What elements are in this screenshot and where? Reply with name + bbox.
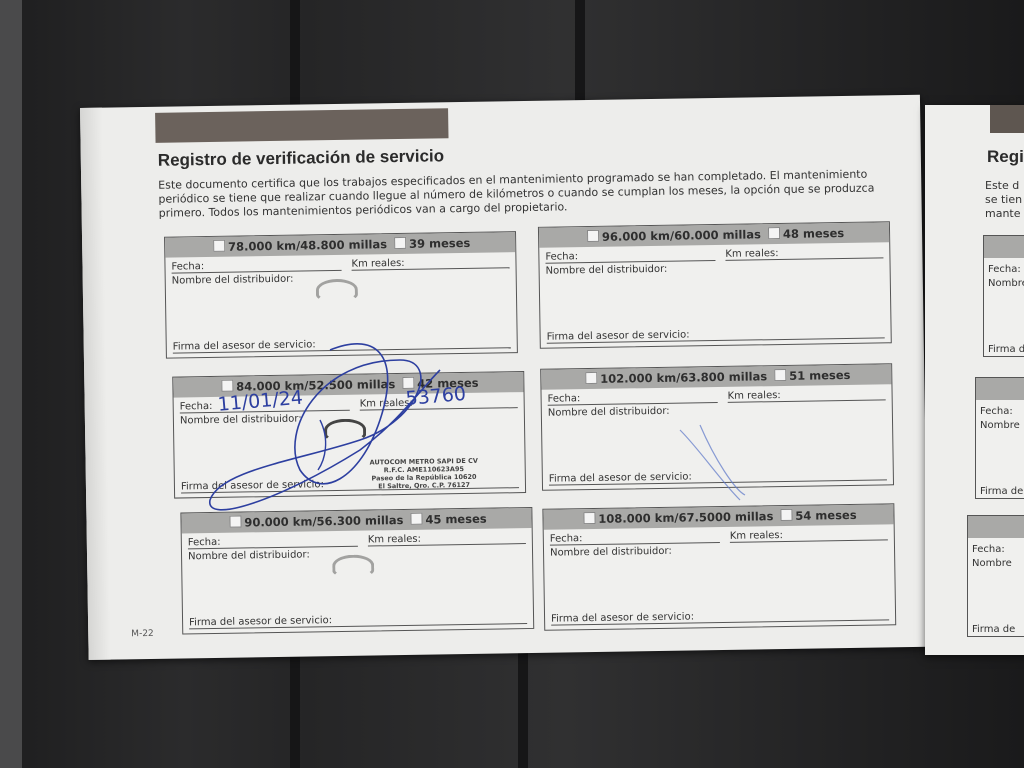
intro-line: mante bbox=[985, 207, 1022, 221]
km-label: Km reales: bbox=[725, 248, 778, 260]
fecha-label: Fecha: bbox=[972, 544, 1005, 555]
months-checkbox[interactable] bbox=[780, 509, 792, 521]
distributor-label: Nombre bbox=[972, 558, 1012, 569]
page-title: Registro de verificación de servicio bbox=[158, 146, 445, 170]
page-fold bbox=[80, 108, 111, 660]
signature-field[interactable]: Firma del asesor de servicio: bbox=[549, 468, 887, 485]
km-label: Km reales: bbox=[730, 530, 783, 542]
fecha-label: Fecha: bbox=[988, 264, 1021, 275]
page-title: Regis bbox=[987, 147, 1024, 167]
service-card: 78.000 km/48.800 millas 39 meses Fecha: … bbox=[164, 231, 518, 359]
months-checkbox[interactable] bbox=[410, 513, 422, 525]
fecha-label: Fecha: bbox=[180, 401, 213, 413]
service-card: 84.000 km/52.500 millas 42 meses Fecha: … bbox=[172, 371, 526, 499]
signature-label: Firma del asesor de servicio: bbox=[189, 615, 332, 628]
infiniti-logo-icon bbox=[332, 554, 374, 577]
seat-seam bbox=[518, 640, 528, 768]
km-checkbox[interactable] bbox=[221, 380, 233, 392]
interval-header: 78.000 km/48.800 millas 39 meses bbox=[165, 232, 515, 257]
fecha-field[interactable]: Fecha: bbox=[188, 535, 358, 550]
header-bar bbox=[155, 108, 448, 143]
service-card: 90.000 km/56.300 millas 45 meses Fecha: … bbox=[180, 507, 534, 635]
signature-field[interactable]: Firma del asesor de servicio: bbox=[547, 326, 885, 343]
interval-header: 102.000 km/63.800 millas 51 meses bbox=[541, 364, 891, 389]
background-edge bbox=[0, 0, 22, 768]
fecha-label: Fecha: bbox=[980, 406, 1013, 417]
signature-label: Firma del asesor de servicio: bbox=[173, 339, 316, 352]
seat-seam bbox=[290, 640, 300, 768]
intro-paragraph: Este documento certifica que los trabajo… bbox=[158, 167, 904, 221]
stamp-line: El Saltre, Qro. C.P. 76127 bbox=[370, 481, 478, 491]
service-card: 96.000 km/60.000 millas 48 meses Fecha: … bbox=[538, 221, 892, 349]
months-checkbox[interactable] bbox=[768, 227, 780, 239]
service-card: 102.000 km/63.800 millas 51 meses Fecha:… bbox=[540, 363, 894, 491]
fecha-label: Fecha: bbox=[550, 533, 583, 545]
signature-label: Firma del asesor de servicio: bbox=[181, 479, 324, 492]
km-checkbox[interactable] bbox=[213, 240, 225, 252]
infiniti-logo-icon bbox=[316, 279, 358, 302]
interval-text: 108.000 km/67.5000 millas bbox=[598, 509, 773, 526]
intro-line: Este d bbox=[985, 179, 1022, 193]
months-text: 54 meses bbox=[795, 508, 856, 523]
signature-label: Firma del asesor de servicio: bbox=[551, 611, 694, 624]
signature-label: Firma de bbox=[988, 344, 1024, 355]
km-checkbox[interactable] bbox=[585, 372, 597, 384]
service-card: 108.000 km/67.5000 millas 54 meses Fecha… bbox=[542, 503, 896, 631]
distributor-label: Nombre bbox=[988, 278, 1024, 289]
signature-field[interactable]: Firma del asesor de servicio: bbox=[173, 336, 511, 353]
interval-text: 90.000 km/56.300 millas bbox=[244, 513, 403, 529]
seat-seam bbox=[575, 0, 585, 110]
interval-text: 96.000 km/60.000 millas bbox=[602, 227, 761, 243]
fecha-field[interactable]: Fecha: bbox=[171, 259, 341, 274]
fecha-label: Fecha: bbox=[188, 537, 221, 549]
months-text: 48 meses bbox=[783, 226, 844, 241]
km-field[interactable]: Km reales: bbox=[730, 528, 888, 542]
km-field[interactable]: Km reales: bbox=[728, 388, 886, 402]
service-card: Fecha: Nombre Firma de bbox=[983, 235, 1024, 357]
fecha-field[interactable]: Fecha: bbox=[548, 391, 718, 406]
next-page: Regis Este d se tien mante Fecha: Nombre… bbox=[925, 105, 1024, 655]
signature-label: Firma del asesor de servicio: bbox=[547, 329, 690, 342]
km-label: Km reales: bbox=[368, 534, 421, 546]
interval-header: 108.000 km/67.5000 millas 54 meses bbox=[543, 504, 893, 529]
fecha-field[interactable]: Fecha: bbox=[545, 249, 715, 264]
signature-label: Firma de bbox=[980, 486, 1023, 497]
booklet-page: Registro de verificación de servicio Est… bbox=[80, 95, 929, 660]
service-card: Fecha: Nombre Firma de bbox=[967, 515, 1024, 637]
dealer-stamp: AUTOCOM METRO SAPI DE CVR.F.C. AME110623… bbox=[370, 457, 479, 491]
fecha-label: Fecha: bbox=[171, 261, 204, 273]
signature-field[interactable]: Firma del asesor de servicio: bbox=[551, 608, 889, 625]
months-text: 39 meses bbox=[409, 236, 470, 251]
km-label: Km reales: bbox=[728, 390, 781, 402]
months-text: 45 meses bbox=[425, 512, 486, 527]
km-field[interactable]: Km reales: bbox=[351, 256, 509, 270]
months-checkbox[interactable] bbox=[774, 369, 786, 381]
km-checkbox[interactable] bbox=[583, 512, 595, 524]
service-card: Fecha: Nombre Firma de bbox=[975, 377, 1024, 499]
intro-line: se tien bbox=[985, 193, 1022, 207]
intro-paragraph: Este d se tien mante bbox=[985, 179, 1022, 221]
page-number: M-22 bbox=[131, 629, 154, 639]
km-label: Km reales: bbox=[351, 258, 404, 270]
interval-header: 96.000 km/60.000 millas 48 meses bbox=[539, 222, 889, 247]
months-text: 51 meses bbox=[789, 368, 850, 383]
interval-text: 102.000 km/63.800 millas bbox=[600, 369, 767, 386]
header-bar bbox=[990, 105, 1024, 133]
infiniti-logo-icon bbox=[324, 419, 366, 442]
months-checkbox[interactable] bbox=[394, 237, 406, 249]
fecha-label: Fecha: bbox=[545, 251, 578, 263]
km-field[interactable]: Km reales: bbox=[368, 532, 526, 546]
signature-label: Firma de bbox=[972, 624, 1015, 635]
signature-label: Firma del asesor de servicio: bbox=[549, 471, 692, 484]
fecha-field[interactable]: Fecha: bbox=[550, 531, 720, 546]
km-checkbox[interactable] bbox=[587, 230, 599, 242]
signature-field[interactable]: Firma del asesor de servicio: bbox=[189, 612, 527, 629]
interval-header: 90.000 km/56.300 millas 45 meses bbox=[181, 508, 531, 533]
fecha-label: Fecha: bbox=[548, 393, 581, 405]
interval-text: 78.000 km/48.800 millas bbox=[228, 237, 387, 253]
distributor-label: Nombre bbox=[980, 420, 1020, 431]
km-field[interactable]: Km reales: bbox=[725, 246, 883, 260]
km-checkbox[interactable] bbox=[229, 516, 241, 528]
